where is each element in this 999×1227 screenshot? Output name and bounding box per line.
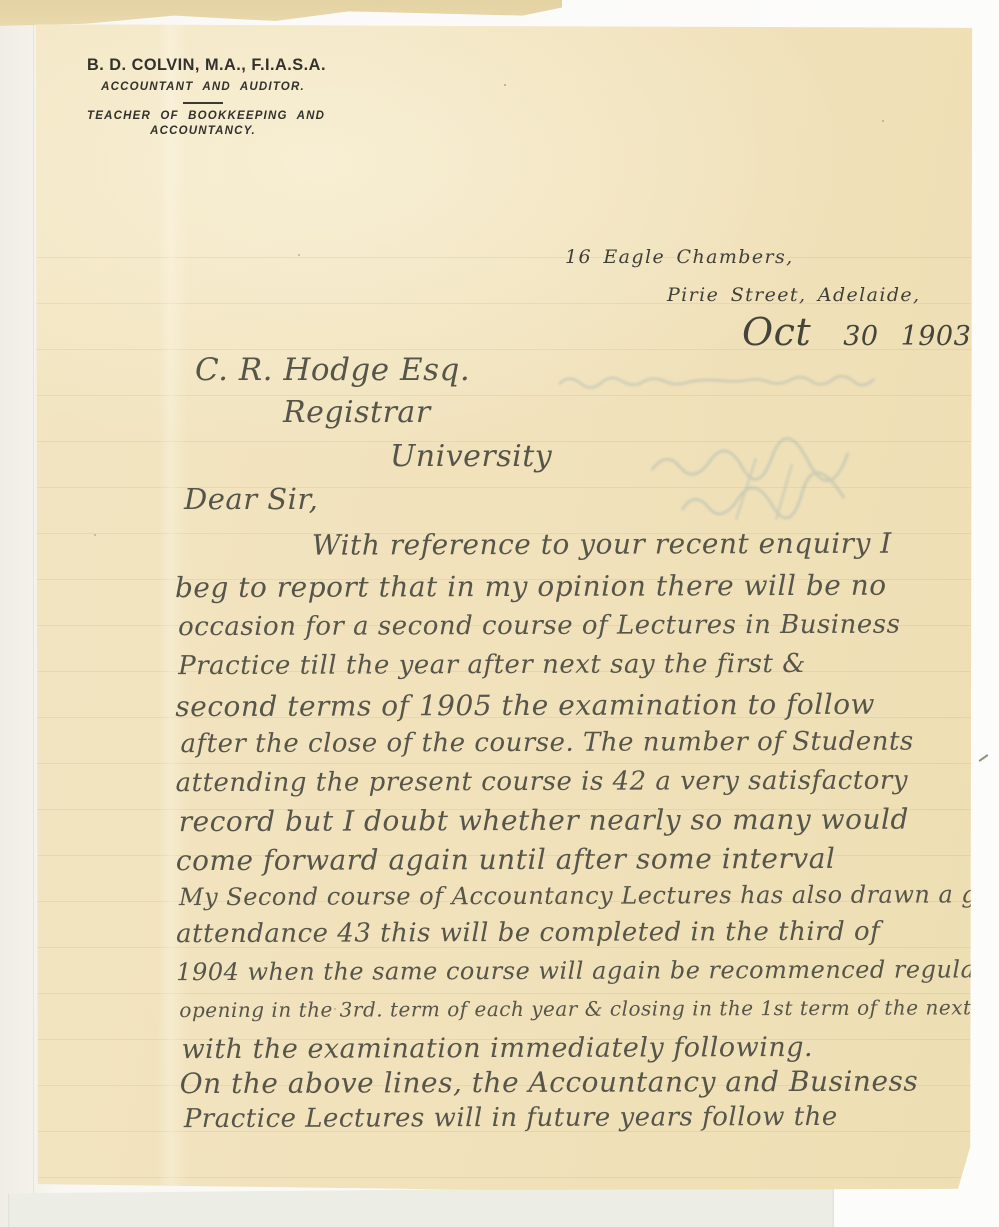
- handwritten-line: record but I doubt whether nearly so man…: [179, 803, 909, 839]
- under-sheet: [8, 1186, 834, 1227]
- scanned-letter: B. D. COLVIN, M.A., F.I.A.S.A. ACCOUNTAN…: [0, 0, 999, 1227]
- handwritten-line: Practice till the year after next say th…: [178, 649, 806, 681]
- handwritten-line: second terms of 1905 the examination to …: [175, 688, 875, 723]
- handwritten-line: With reference to your recent enquiry I: [312, 527, 892, 562]
- handwritten-line: My Second course of Accountancy Lectures…: [179, 880, 999, 911]
- handwritten-line: after the close of the course. The numbe…: [180, 727, 913, 760]
- stray-pen-mark: [978, 754, 988, 762]
- handwritten-line: beg to report that in my opinion there w…: [175, 569, 887, 604]
- letter-body: With reference to your recent enquiry I …: [34, 20, 976, 1191]
- handwritten-line: with the examination immediately followi…: [181, 1032, 813, 1065]
- handwritten-line: Practice Lectures will in future years f…: [184, 1102, 838, 1134]
- handwritten-line: occasion for a second course of Lectures…: [178, 610, 900, 643]
- handwritten-line: attending the present course is 42 a ver…: [176, 766, 908, 799]
- handwritten-line: come forward again until after some inte…: [176, 842, 836, 877]
- scan-fold-crease: [33, 0, 34, 1227]
- handwritten-line: attendance 43 this will be completed in …: [176, 917, 880, 949]
- handwritten-line: 1904 when the same course will again be …: [176, 955, 999, 986]
- handwritten-line: opening in the 3rd. term of each year & …: [179, 995, 978, 1022]
- handwritten-line: On the above lines, the Accountancy and …: [180, 1065, 919, 1101]
- back-sheet-edge: [0, 0, 562, 27]
- letter-page: B. D. COLVIN, M.A., F.I.A.S.A. ACCOUNTAN…: [36, 22, 974, 1190]
